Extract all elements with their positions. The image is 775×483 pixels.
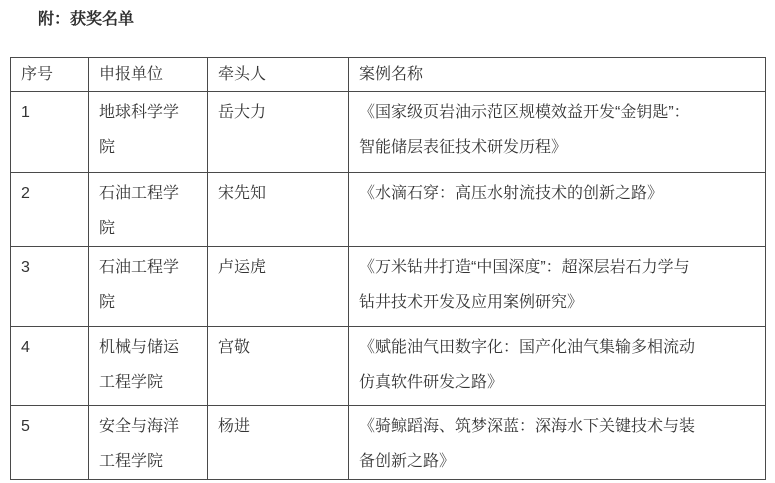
lead-person-cell: 岳大力 <box>208 92 349 173</box>
lead-person-cell: 宋先知 <box>208 173 349 247</box>
applying-unit-cell: 安全与海洋 工程学院 <box>89 406 208 480</box>
lead-person-cell: 杨进 <box>208 406 349 480</box>
lead-person-cell: 卢运虎 <box>208 247 349 327</box>
award-list-table: 序号 申报单位 牵头人 案例名称 1 地球科学学 院 岳大力 《国家级页岩油示范… <box>10 57 766 480</box>
serial-number-cell: 5 <box>11 406 89 480</box>
serial-number-cell: 1 <box>11 92 89 173</box>
case-name-cell: 《水滴石穿：高压水射流技术的创新之路》 <box>349 173 766 247</box>
case-name-cell: 《骑鲸蹈海、筑梦深蓝：深海水下关键技术与装 备创新之路》 <box>349 406 766 480</box>
header-case-name: 案例名称 <box>349 58 766 92</box>
table-row: 4 机械与储运 工程学院 宫敬 《赋能油气田数字化：国产化油气集输多相流动 仿真… <box>11 327 766 406</box>
applying-unit-cell: 机械与储运 工程学院 <box>89 327 208 406</box>
table-row: 3 石油工程学 院 卢运虎 《万米钻井打造“中国深度”：超深层岩石力学与 钻井技… <box>11 247 766 327</box>
case-name-cell: 《国家级页岩油示范区规模效益开发“金钥匙”： 智能储层表征技术研发历程》 <box>349 92 766 173</box>
document-page: 附：获奖名单 序号 申报单位 牵头人 案例名称 1 地球科学学 院 岳大力 《国… <box>0 0 775 483</box>
applying-unit-cell: 地球科学学 院 <box>89 92 208 173</box>
case-name-cell: 《万米钻井打造“中国深度”：超深层岩石力学与 钻井技术开发及应用案例研究》 <box>349 247 766 327</box>
header-applying-unit: 申报单位 <box>89 58 208 92</box>
header-serial-number: 序号 <box>11 58 89 92</box>
table-row: 1 地球科学学 院 岳大力 《国家级页岩油示范区规模效益开发“金钥匙”： 智能储… <box>11 92 766 173</box>
lead-person-cell: 宫敬 <box>208 327 349 406</box>
table-row: 5 安全与海洋 工程学院 杨进 《骑鲸蹈海、筑梦深蓝：深海水下关键技术与装 备创… <box>11 406 766 480</box>
serial-number-cell: 3 <box>11 247 89 327</box>
table-row: 2 石油工程学 院 宋先知 《水滴石穿：高压水射流技术的创新之路》 <box>11 173 766 247</box>
header-lead-person: 牵头人 <box>208 58 349 92</box>
applying-unit-cell: 石油工程学 院 <box>89 247 208 327</box>
serial-number-cell: 4 <box>11 327 89 406</box>
case-name-cell: 《赋能油气田数字化：国产化油气集输多相流动 仿真软件研发之路》 <box>349 327 766 406</box>
serial-number-cell: 2 <box>11 173 89 247</box>
attachment-title: 附：获奖名单 <box>38 8 775 32</box>
table-header-row: 序号 申报单位 牵头人 案例名称 <box>11 58 766 92</box>
applying-unit-cell: 石油工程学 院 <box>89 173 208 247</box>
